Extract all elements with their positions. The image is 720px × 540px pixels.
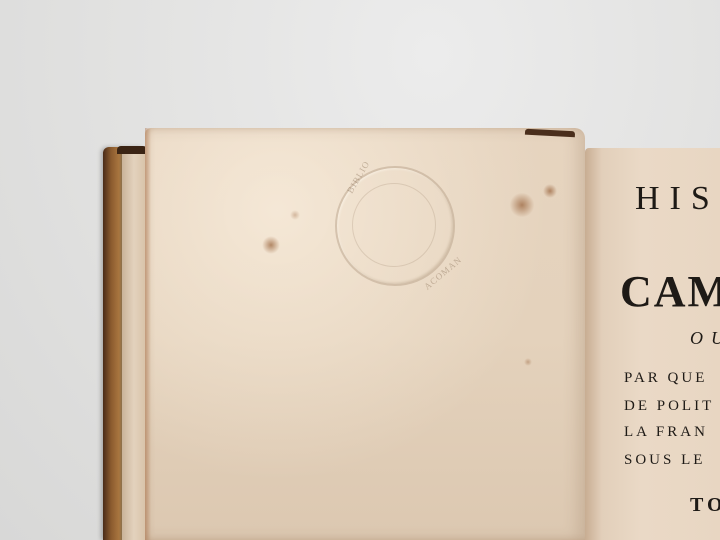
foxing-spot: [524, 358, 532, 366]
title-line-7: SOUS LE: [624, 452, 705, 469]
foxing-spot: [509, 193, 535, 217]
foxing-spot: [543, 184, 557, 198]
title-line-5: DE POLIT: [624, 398, 714, 415]
title-line-1: HIS: [635, 180, 720, 218]
title-line-6: LA FRAN: [624, 424, 708, 441]
title-line-4: PAR QUE: [624, 370, 707, 387]
title-line-8: TO: [690, 494, 720, 517]
title-line-2: CAM: [620, 266, 720, 317]
foxing-spot: [262, 236, 280, 254]
foxing-spot: [290, 210, 300, 220]
embossed-stamp-inner-ring: [352, 183, 436, 267]
book-photo: BIBLIO ACOMAN HIS CAM OU PAR QUE DE POLI…: [0, 0, 720, 540]
spine-headcap: [117, 146, 147, 154]
title-line-3: OU: [690, 328, 720, 349]
